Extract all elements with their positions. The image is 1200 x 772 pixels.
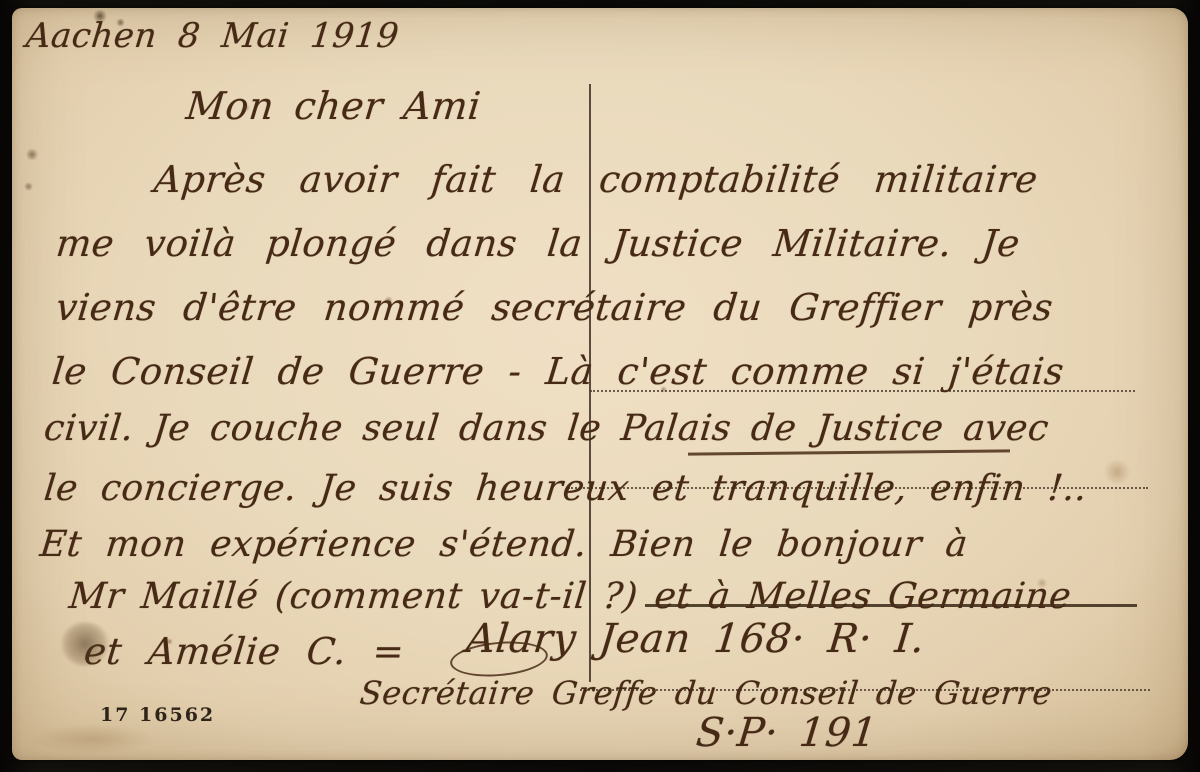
message-line: viens d'être nommé secrétaire du Greffie… bbox=[54, 286, 1055, 329]
date-line: Aachen 8 Mai 1919 bbox=[24, 16, 401, 56]
message-line: Et mon expérience s'étend. Bien le bonjo… bbox=[38, 524, 970, 565]
postcard: Aachen 8 Mai 1919 Mon cher Ami Après avo… bbox=[12, 8, 1188, 760]
message-line: et Amélie C. = bbox=[82, 630, 407, 673]
salutation: Mon cher Ami bbox=[184, 84, 483, 128]
signature-name: Alary Jean 168· R· I. bbox=[464, 616, 927, 662]
message-line: me voilà plongé dans la Justice Militair… bbox=[54, 222, 1022, 265]
message-line: Après avoir fait la comptabilité militai… bbox=[152, 158, 1040, 201]
stain bbox=[32, 724, 152, 754]
message-line: civil. Je couche seul dans le Palais de … bbox=[42, 408, 1051, 449]
stain bbox=[24, 182, 33, 191]
printed-serial-number: 17 16562 bbox=[100, 704, 215, 726]
message-line: le Conseil de Guerre - Là c'est comme si… bbox=[50, 350, 1066, 393]
handwritten-underline bbox=[688, 449, 1010, 455]
message-line: Mr Maillé (comment va-t-il ?) et à Melle… bbox=[67, 576, 1073, 617]
signature-title: Secrétaire Greffe du Conseil de Guerre bbox=[358, 674, 1054, 712]
stain bbox=[1102, 460, 1132, 484]
stain bbox=[26, 148, 38, 161]
message-line: le concierge. Je suis heureux et tranqui… bbox=[42, 468, 1089, 509]
signature-sector: S·P· 191 bbox=[694, 710, 880, 756]
